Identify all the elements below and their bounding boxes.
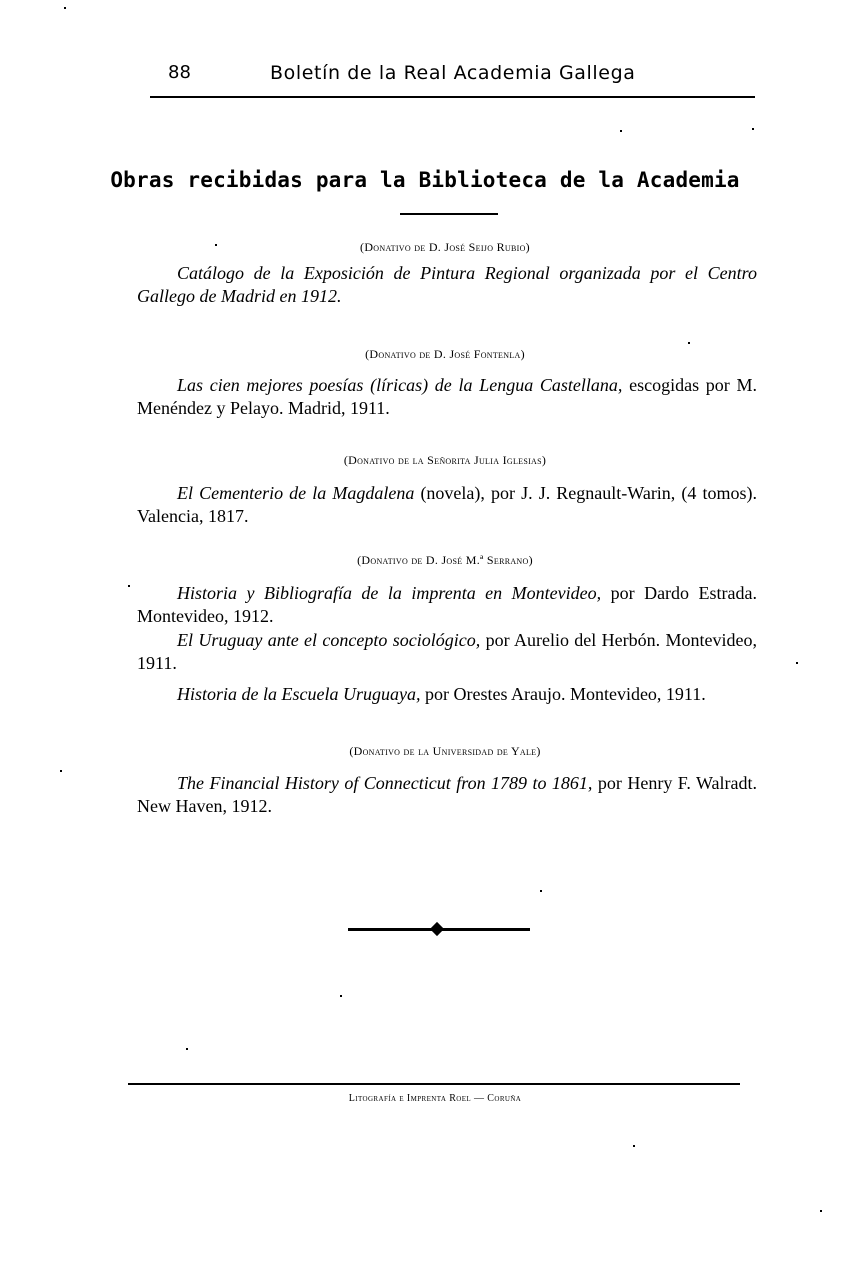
section-title: Obras recibidas para la Biblioteca de la…	[0, 168, 850, 192]
header-rule	[150, 96, 755, 98]
scan-speck	[540, 890, 542, 892]
document-page: 88 Boletín de la Real Academia Gallega O…	[0, 0, 850, 1275]
donor-heading: (Donativo de D. José Seijo Rubio)	[0, 240, 850, 255]
scan-speck	[215, 244, 217, 246]
scan-speck	[796, 662, 798, 664]
journal-title: Boletín de la Real Academia Gallega	[270, 62, 635, 84]
entry-title: El Cementerio de la Magdalena	[177, 483, 414, 503]
donor-heading: (Donativo de la Señorita Julia Iglesias)	[0, 453, 850, 468]
scan-speck	[64, 7, 66, 9]
running-header: 88 Boletín de la Real Academia Gallega	[150, 60, 755, 100]
donor-heading: (Donativo de D. José M.ª Serrano)	[0, 553, 850, 568]
printer-imprint: Litografía e Imprenta Roel — Coruña	[0, 1093, 850, 1104]
scan-speck	[688, 342, 690, 344]
donor-heading: (Donativo de D. José Fontenla)	[0, 347, 850, 362]
catalog-entry: Historia de la Escuela Uruguaya, por Ore…	[137, 683, 757, 706]
catalog-entry: El Uruguay ante el concepto sociológico,…	[137, 629, 757, 675]
ornament-diamond-icon	[430, 922, 444, 936]
scan-speck	[633, 1145, 635, 1147]
entry-title: Las cien mejores poesías (líricas) de la…	[177, 375, 622, 395]
catalog-entry: Las cien mejores poesías (líricas) de la…	[137, 374, 757, 420]
entry-title: Historia de la Escuela Uruguaya,	[177, 684, 420, 704]
catalog-entry: El Cementerio de la Magdalena (novela), …	[137, 482, 757, 528]
scan-speck	[752, 128, 754, 130]
catalog-entry: The Financial History of Connecticut fro…	[137, 772, 757, 818]
entry-title: Historia y Bibliografía de la imprenta e…	[177, 583, 601, 603]
scan-speck	[340, 995, 342, 997]
scan-speck	[186, 1048, 188, 1050]
scan-speck	[165, 96, 167, 98]
scan-speck	[60, 770, 62, 772]
scan-speck	[128, 585, 130, 587]
scan-speck	[820, 1210, 822, 1212]
catalog-entry: Catálogo de la Exposición de Pintura Reg…	[137, 262, 757, 308]
entry-title: Catálogo de la Exposición de Pintura Reg…	[137, 263, 757, 306]
title-rule	[400, 213, 498, 215]
catalog-entry: Historia y Bibliografía de la imprenta e…	[137, 582, 757, 628]
scan-speck	[620, 130, 622, 132]
entry-title: The Financial History of Connecticut fro…	[177, 773, 592, 793]
donor-heading: (Donativo de la Universidad de Yale)	[0, 744, 850, 759]
page-number: 88	[168, 62, 191, 83]
entry-details: por Orestes Araujo. Montevideo, 1911.	[420, 684, 705, 704]
entry-title: El Uruguay ante el concepto sociológico,	[177, 630, 480, 650]
footer-rule	[128, 1083, 740, 1085]
